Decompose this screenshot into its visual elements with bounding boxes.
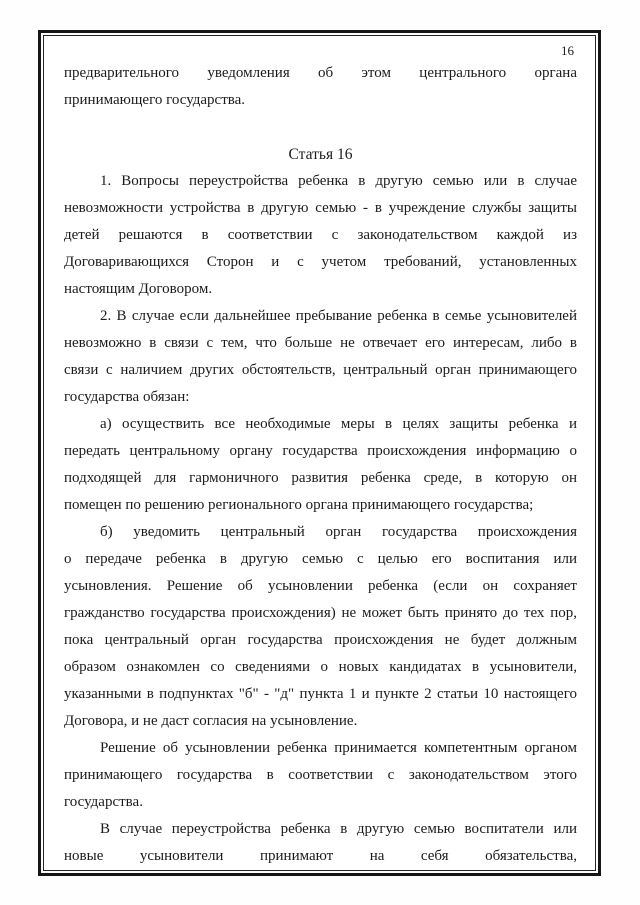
text-line: настоящим Договором. xyxy=(64,276,577,303)
page-inner-frame: 16 предварительного уведомления об этом … xyxy=(43,35,596,871)
text-line: пока центральный орган государства проис… xyxy=(64,627,577,654)
scanned-document-page: 16 предварительного уведомления об этом … xyxy=(0,0,640,905)
text-line: усыновления. Решение об усыновлении ребе… xyxy=(64,573,577,600)
text-line: помещен по решению регионального органа … xyxy=(64,492,577,519)
text-line: Решение об усыновлении ребенка принимает… xyxy=(64,735,577,762)
paragraph: а) осуществить все необходимые меры в це… xyxy=(64,411,577,519)
text-line: связи с наличием других обстоятельств, ц… xyxy=(64,357,577,384)
text-line: предварительного уведомления об этом цен… xyxy=(64,60,577,87)
text-line: Договора, и не даст согласия на усыновле… xyxy=(64,708,577,735)
paragraph: б) уведомить центральный орган государст… xyxy=(64,519,577,735)
text-line: образом ознакомлен со сведениями о новых… xyxy=(64,654,577,681)
article-heading: Статья 16 xyxy=(64,141,577,168)
text-line: 2. В случае если дальнейшее пребывание р… xyxy=(64,303,577,330)
paragraph: предварительного уведомления об этом цен… xyxy=(64,60,577,114)
text-line: государства. xyxy=(64,789,577,816)
text-line: б) уведомить центральный орган государст… xyxy=(64,519,577,546)
paragraph: 1. Вопросы переустройства ребенка в друг… xyxy=(64,168,577,303)
text-line: В случае переустройства ребенка в другую… xyxy=(64,816,577,843)
text-line: невозможно в связи с тем, что больше не … xyxy=(64,330,577,357)
text-line: указанными в подпунктах "б" - "д" пункта… xyxy=(64,681,577,708)
text-line: Договаривающихся Сторон и с учетом требо… xyxy=(64,249,577,276)
text-line: невозможности устройства в другую семью … xyxy=(64,195,577,222)
text-line: 1. Вопросы переустройства ребенка в друг… xyxy=(64,168,577,195)
page-number: 16 xyxy=(64,42,577,60)
paragraph: Решение об усыновлении ребенка принимает… xyxy=(64,735,577,816)
text-line: принимающего государства в соответствии … xyxy=(64,762,577,789)
text-line: передать центральному органу государства… xyxy=(64,438,577,465)
text-line: новые усыновители принимают на себя обяз… xyxy=(64,843,577,870)
page-border-frame: 16 предварительного уведомления об этом … xyxy=(38,30,601,876)
text-line: подходящей для гармоничного развития реб… xyxy=(64,465,577,492)
text-line: гражданство государства происхождения) н… xyxy=(64,600,577,627)
text-line: о передаче ребенка в другую семью с цель… xyxy=(64,546,577,573)
paragraph: В случае переустройства ребенка в другую… xyxy=(64,816,577,870)
text-line: детей решаются в соответствии с законода… xyxy=(64,222,577,249)
text-line: принимающего государства. xyxy=(64,87,577,114)
paragraph: 2. В случае если дальнейшее пребывание р… xyxy=(64,303,577,411)
document-content: предварительного уведомления об этом цен… xyxy=(64,60,577,870)
text-line: а) осуществить все необходимые меры в це… xyxy=(64,411,577,438)
text-line: государства обязан: xyxy=(64,384,577,411)
